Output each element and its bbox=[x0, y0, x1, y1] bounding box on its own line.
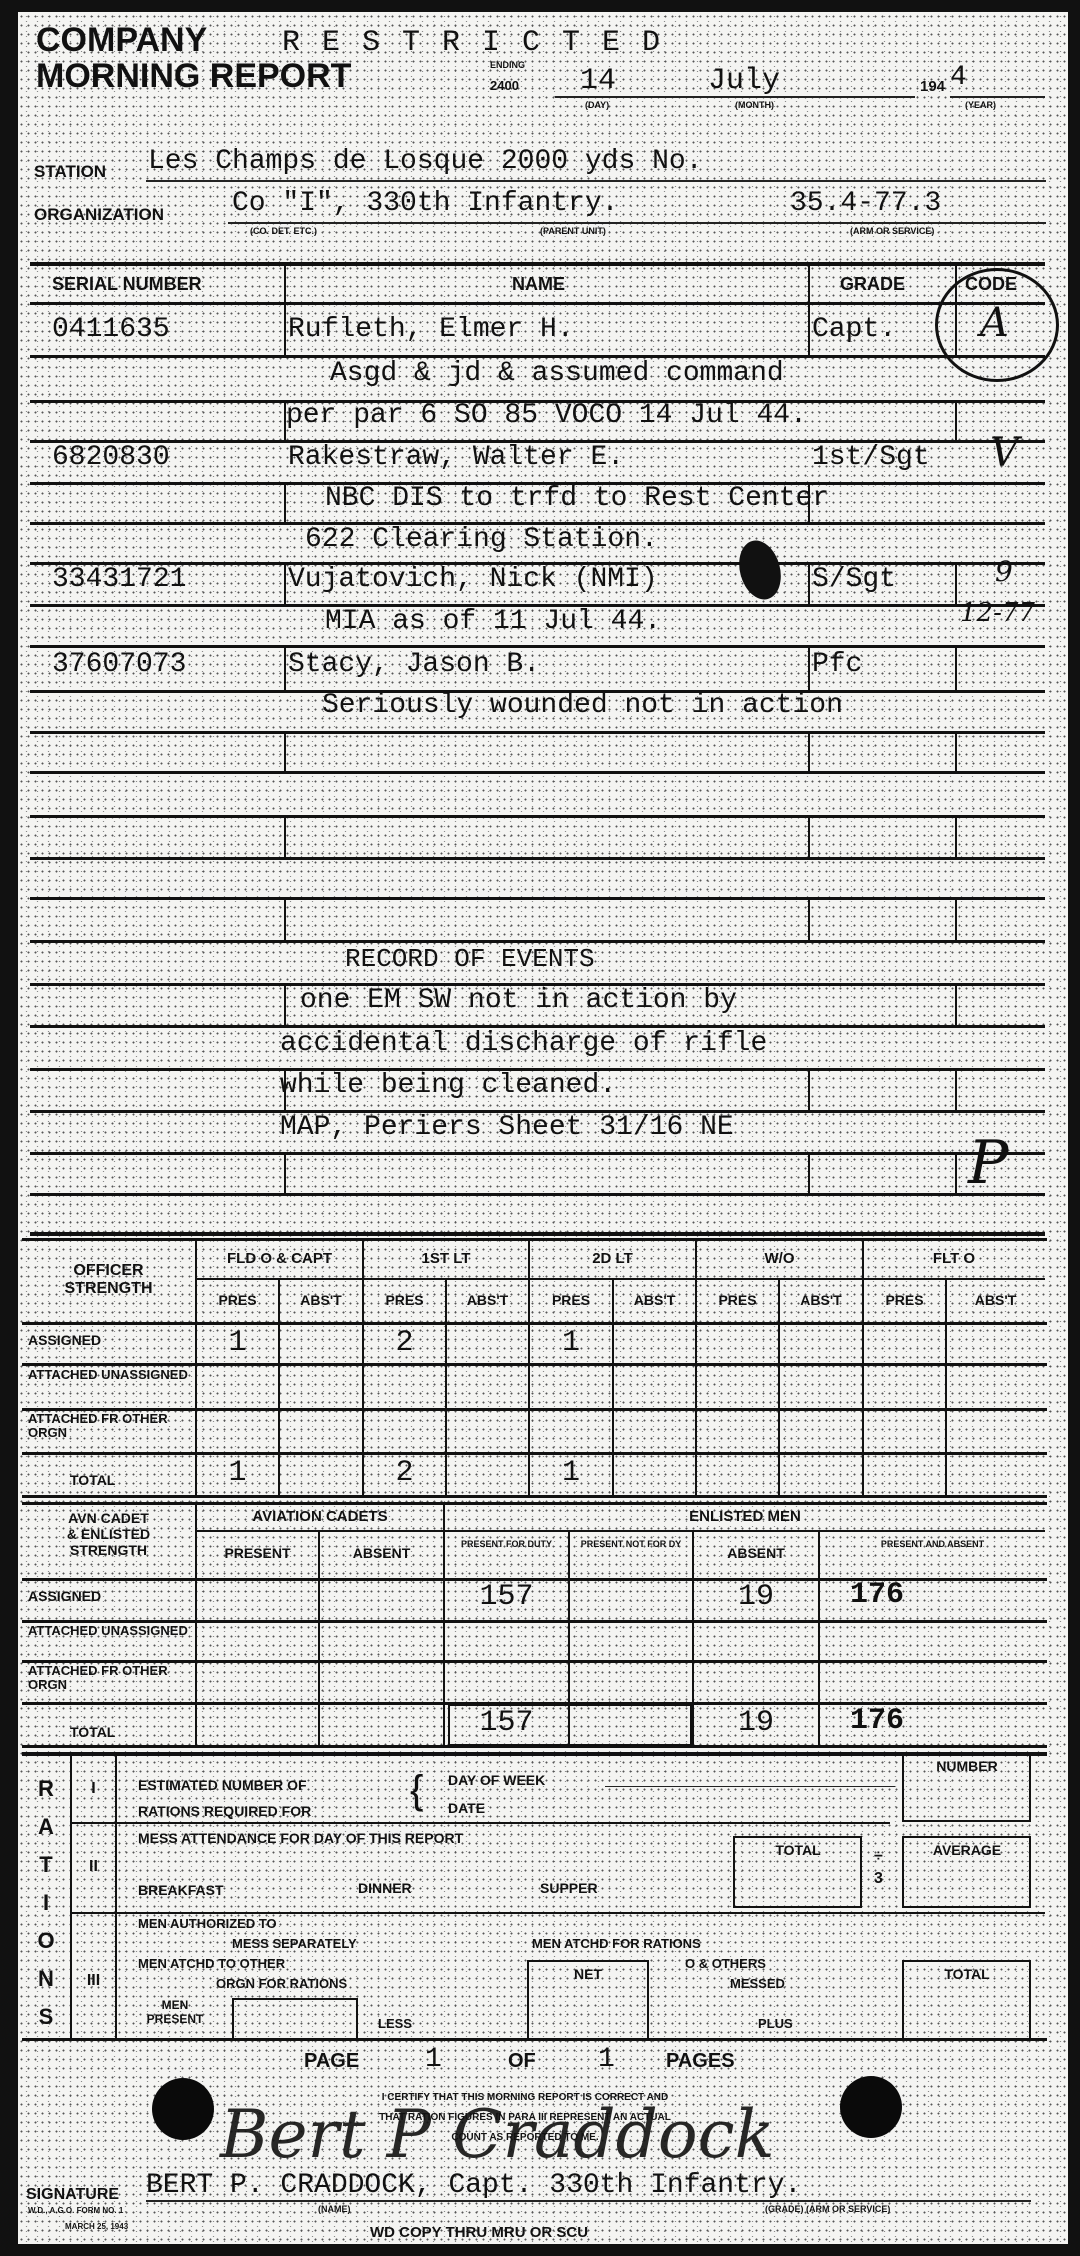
arm-service-value: 35.4-77.3 bbox=[790, 188, 941, 219]
row-label: ATTACHED FR OTHER ORGN bbox=[28, 1412, 188, 1440]
breakfast-label: BREAKFAST bbox=[138, 1882, 224, 1898]
subheader-abst: ABS'T bbox=[947, 1292, 1044, 1308]
subheader: ABSENT bbox=[320, 1545, 443, 1561]
group-header: 2D LT bbox=[530, 1250, 695, 1267]
subheader-pres: PRES bbox=[530, 1292, 612, 1308]
caption-name: (NAME) bbox=[318, 2204, 351, 2214]
serial-number: 6820830 bbox=[52, 442, 170, 473]
dinner-label: DINNER bbox=[358, 1880, 412, 1896]
soldier-name: Stacy, Jason B. bbox=[288, 649, 540, 680]
subheader-abst: ABS'T bbox=[614, 1292, 695, 1308]
signature-label: SIGNATURE bbox=[26, 2186, 119, 2204]
subheader-pres: PRES bbox=[864, 1292, 945, 1308]
cell-value: 176 bbox=[850, 1704, 904, 1738]
cell-value: 1 bbox=[530, 1456, 612, 1490]
date-label: DATE bbox=[448, 1800, 485, 1816]
divide-by-three: ÷ 3 bbox=[874, 1846, 888, 1890]
label-line: PRESENT bbox=[125, 2012, 225, 2026]
remark-line: MIA as of 11 Jul 44. bbox=[325, 606, 661, 637]
station-value: Les Champs de Losque 2000 yds No. bbox=[148, 146, 703, 177]
code-note: 12-77 bbox=[960, 598, 1035, 628]
side-letter: N bbox=[28, 1960, 64, 1998]
group-header: 1ST LT bbox=[364, 1250, 528, 1267]
subheader-pres: PRES bbox=[697, 1292, 778, 1308]
total-pages: 1 bbox=[598, 2044, 615, 2075]
row-label: TOTAL bbox=[70, 1472, 115, 1488]
side-letter: A bbox=[28, 1808, 64, 1846]
caption-grade: (GRADE) (ARM OR SERVICE) bbox=[765, 2204, 890, 2214]
subheader: ABSENT bbox=[694, 1545, 818, 1561]
mess-attendance-title: MESS ATTENDANCE FOR DAY OF THIS REPORT bbox=[138, 1830, 463, 1846]
signature-typed-name: BERT P. CRADDOCK, Capt. 330th Infantry. bbox=[146, 2170, 801, 2201]
subheader: PRESENT NOT FOR DY bbox=[570, 1538, 692, 1550]
record-of-events-title: RECORD OF EVENTS bbox=[345, 944, 595, 974]
remark-line: 622 Clearing Station. bbox=[305, 524, 658, 555]
event-line: while being cleaned. bbox=[280, 1070, 616, 1101]
subheader-abst: ABS'T bbox=[447, 1292, 528, 1308]
year-prefix: 194 bbox=[920, 78, 945, 95]
cell-value: 2 bbox=[364, 1326, 445, 1360]
copy-note: WD COPY THRU MRU OR SCU bbox=[370, 2224, 588, 2241]
title-line: STRENGTH bbox=[26, 1280, 191, 1298]
net-box-label: NET bbox=[527, 1966, 649, 1982]
label-line: MEN AUTHORIZED TO bbox=[138, 1916, 277, 1931]
event-line: MAP, Periers Sheet 31/16 NE bbox=[280, 1112, 734, 1143]
cell-value: 157 bbox=[445, 1580, 568, 1614]
duty-code: V bbox=[990, 430, 1019, 476]
remark-line: Asgd & jd & assumed command bbox=[330, 358, 784, 389]
serial-number: 37607073 bbox=[52, 649, 186, 680]
group-header: FLD O & CAPT bbox=[197, 1250, 362, 1267]
brace-icon: { bbox=[410, 1768, 423, 1813]
side-letter: I bbox=[28, 1884, 64, 1922]
form-number: W.D., A.G.O. FORM NO. 1 bbox=[28, 2206, 123, 2215]
organization-label: ORGANIZATION bbox=[34, 205, 164, 225]
side-letter: R bbox=[28, 1770, 64, 1808]
event-line: accidental discharge of rifle bbox=[280, 1028, 767, 1059]
remark-line: per par 6 SO 85 VOCO 14 Jul 44. bbox=[286, 400, 807, 431]
row-label: ATTACHED UNASSIGNED bbox=[28, 1624, 188, 1638]
handwritten-signature: Bert P Craddock bbox=[220, 2096, 775, 2173]
punch-hole bbox=[152, 2078, 214, 2140]
day-of-week-field[interactable] bbox=[605, 1786, 895, 1787]
rations-required-label: ESTIMATED NUMBER OF RATIONS REQUIRED FOR bbox=[138, 1772, 311, 1824]
initial-mark: P bbox=[968, 1128, 1008, 1198]
form-date: MARCH 25, 1943 bbox=[65, 2222, 128, 2231]
less-label: LESS bbox=[378, 2016, 412, 2031]
cell-value: 2 bbox=[364, 1456, 445, 1490]
caption-co: (CO. DET. ETC.) bbox=[250, 226, 317, 236]
rations-side-label: R A T I O N S bbox=[28, 1770, 64, 2036]
punch-hole bbox=[840, 2076, 902, 2138]
subheader-pres: PRES bbox=[197, 1292, 278, 1308]
day-caption: (DAY) bbox=[585, 100, 609, 110]
page-label: PAGE bbox=[304, 2050, 359, 2073]
organization-value: Co "I", 330th Infantry. bbox=[232, 188, 618, 219]
soldier-grade: Pfc bbox=[812, 649, 862, 680]
cell-value: 157 bbox=[445, 1706, 568, 1740]
section-number: II bbox=[72, 1858, 115, 1876]
total-box-label: TOTAL bbox=[733, 1842, 863, 1858]
soldier-grade: S/Sgt bbox=[812, 564, 896, 595]
label-line: MEN bbox=[125, 1998, 225, 2012]
title-line: & ENLISTED bbox=[26, 1526, 191, 1542]
title-line: STRENGTH bbox=[26, 1542, 191, 1558]
month-caption: (MONTH) bbox=[735, 100, 774, 110]
subheader: PRESENT FOR DUTY bbox=[445, 1538, 568, 1550]
total-box-label: TOTAL bbox=[902, 1966, 1032, 1982]
serial-number: 33431721 bbox=[52, 564, 186, 595]
title-line: OFFICER bbox=[26, 1262, 191, 1280]
serial-number: 0411635 bbox=[52, 314, 170, 345]
cell-value: 1 bbox=[197, 1326, 278, 1360]
label-line: O & OTHERS bbox=[685, 1956, 766, 1971]
officer-strength-title: OFFICER STRENGTH bbox=[26, 1262, 191, 1298]
station-label: STATION bbox=[34, 162, 106, 182]
label-line: MEN ATCHD FOR RATIONS bbox=[532, 1936, 701, 1951]
report-year: 4 bbox=[950, 62, 967, 93]
label-line: ESTIMATED NUMBER OF bbox=[138, 1772, 311, 1798]
cell-value: 176 bbox=[850, 1578, 904, 1612]
restricted-stamp: R E S T R I C T E D bbox=[282, 26, 662, 60]
subheader-abst: ABS'T bbox=[280, 1292, 362, 1308]
report-day: 14 bbox=[580, 64, 616, 98]
row-label: ASSIGNED bbox=[28, 1332, 101, 1348]
report-month: July bbox=[708, 64, 780, 98]
remark-line: NBC DIS to trfd to Rest Center bbox=[325, 483, 829, 514]
soldier-name: Vujatovich, Nick (NMI) bbox=[288, 564, 658, 595]
page-number: 1 bbox=[425, 2044, 442, 2075]
soldier-grade: 1st/Sgt bbox=[812, 442, 930, 473]
subheader: PRESENT bbox=[197, 1545, 318, 1561]
cell-value: 1 bbox=[530, 1326, 612, 1360]
header-name: NAME bbox=[512, 274, 565, 295]
group-enlisted-men: ENLISTED MEN bbox=[445, 1508, 1045, 1525]
title-line: AVN CADET bbox=[26, 1510, 191, 1526]
ending-time: 2400 bbox=[490, 78, 519, 93]
cell-value: 19 bbox=[694, 1706, 818, 1740]
group-aviation-cadets: AVIATION CADETS bbox=[197, 1508, 443, 1525]
label-line: RATIONS REQUIRED FOR bbox=[138, 1798, 311, 1824]
header-serial: SERIAL NUMBER bbox=[52, 274, 202, 295]
duty-code: 9 bbox=[995, 555, 1013, 588]
caption-arm: (ARM OR SERVICE) bbox=[850, 226, 934, 236]
average-box-label: AVERAGE bbox=[902, 1842, 1032, 1858]
group-header: W/O bbox=[697, 1250, 862, 1267]
subheader-abst: ABS'T bbox=[780, 1292, 862, 1308]
code-circle-mark bbox=[935, 268, 1059, 382]
section-number: III bbox=[72, 1972, 115, 1990]
section-number: I bbox=[72, 1780, 115, 1798]
subheader: PRESENT AND ABSENT bbox=[820, 1538, 1045, 1550]
group-header: FLT O bbox=[864, 1250, 1044, 1267]
of-label: OF bbox=[508, 2050, 536, 2073]
day-of-week-label: DAY OF WEEK bbox=[448, 1772, 545, 1788]
cell-value: 19 bbox=[694, 1580, 818, 1614]
row-label: TOTAL bbox=[70, 1724, 115, 1740]
event-line: one EM SW not in action by bbox=[300, 985, 737, 1016]
year-caption: (YEAR) bbox=[965, 100, 996, 110]
caption-parent: (PARENT UNIT) bbox=[540, 226, 606, 236]
cell-value: 1 bbox=[197, 1456, 278, 1490]
side-letter: O bbox=[28, 1922, 64, 1960]
side-letter: T bbox=[28, 1846, 64, 1884]
label-line: MEN ATCHD TO OTHER bbox=[138, 1956, 285, 1971]
soldier-name: Rakestraw, Walter E. bbox=[288, 442, 624, 473]
ending-label: ENDING bbox=[490, 60, 525, 70]
label-line: MESSED bbox=[730, 1976, 785, 1991]
label-line: MESS SEPARATELY bbox=[232, 1936, 357, 1951]
pages-label: PAGES bbox=[666, 2050, 735, 2073]
title-morning-report: MORNING REPORT bbox=[36, 58, 351, 94]
subheader-pres: PRES bbox=[364, 1292, 445, 1308]
plus-label: PLUS bbox=[758, 2016, 793, 2031]
row-label: ATTACHED UNASSIGNED bbox=[28, 1368, 188, 1382]
row-label: ASSIGNED bbox=[28, 1588, 101, 1604]
soldier-grade: Capt. bbox=[812, 314, 896, 345]
side-letter: S bbox=[28, 1998, 64, 2036]
enlisted-strength-title: AVN CADET & ENLISTED STRENGTH bbox=[26, 1510, 191, 1558]
soldier-name: Rufleth, Elmer H. bbox=[288, 314, 574, 345]
men-present-label: MEN PRESENT bbox=[125, 1998, 225, 2026]
label-line: ORGN FOR RATIONS bbox=[216, 1976, 347, 1991]
number-box-label: NUMBER bbox=[902, 1758, 1032, 1774]
header-grade: GRADE bbox=[840, 274, 905, 295]
remark-line: Seriously wounded not in action bbox=[322, 690, 843, 721]
supper-label: SUPPER bbox=[540, 1880, 598, 1896]
row-label: ATTACHED FR OTHER ORGN bbox=[28, 1664, 188, 1692]
men-present-box[interactable] bbox=[232, 1998, 358, 2040]
